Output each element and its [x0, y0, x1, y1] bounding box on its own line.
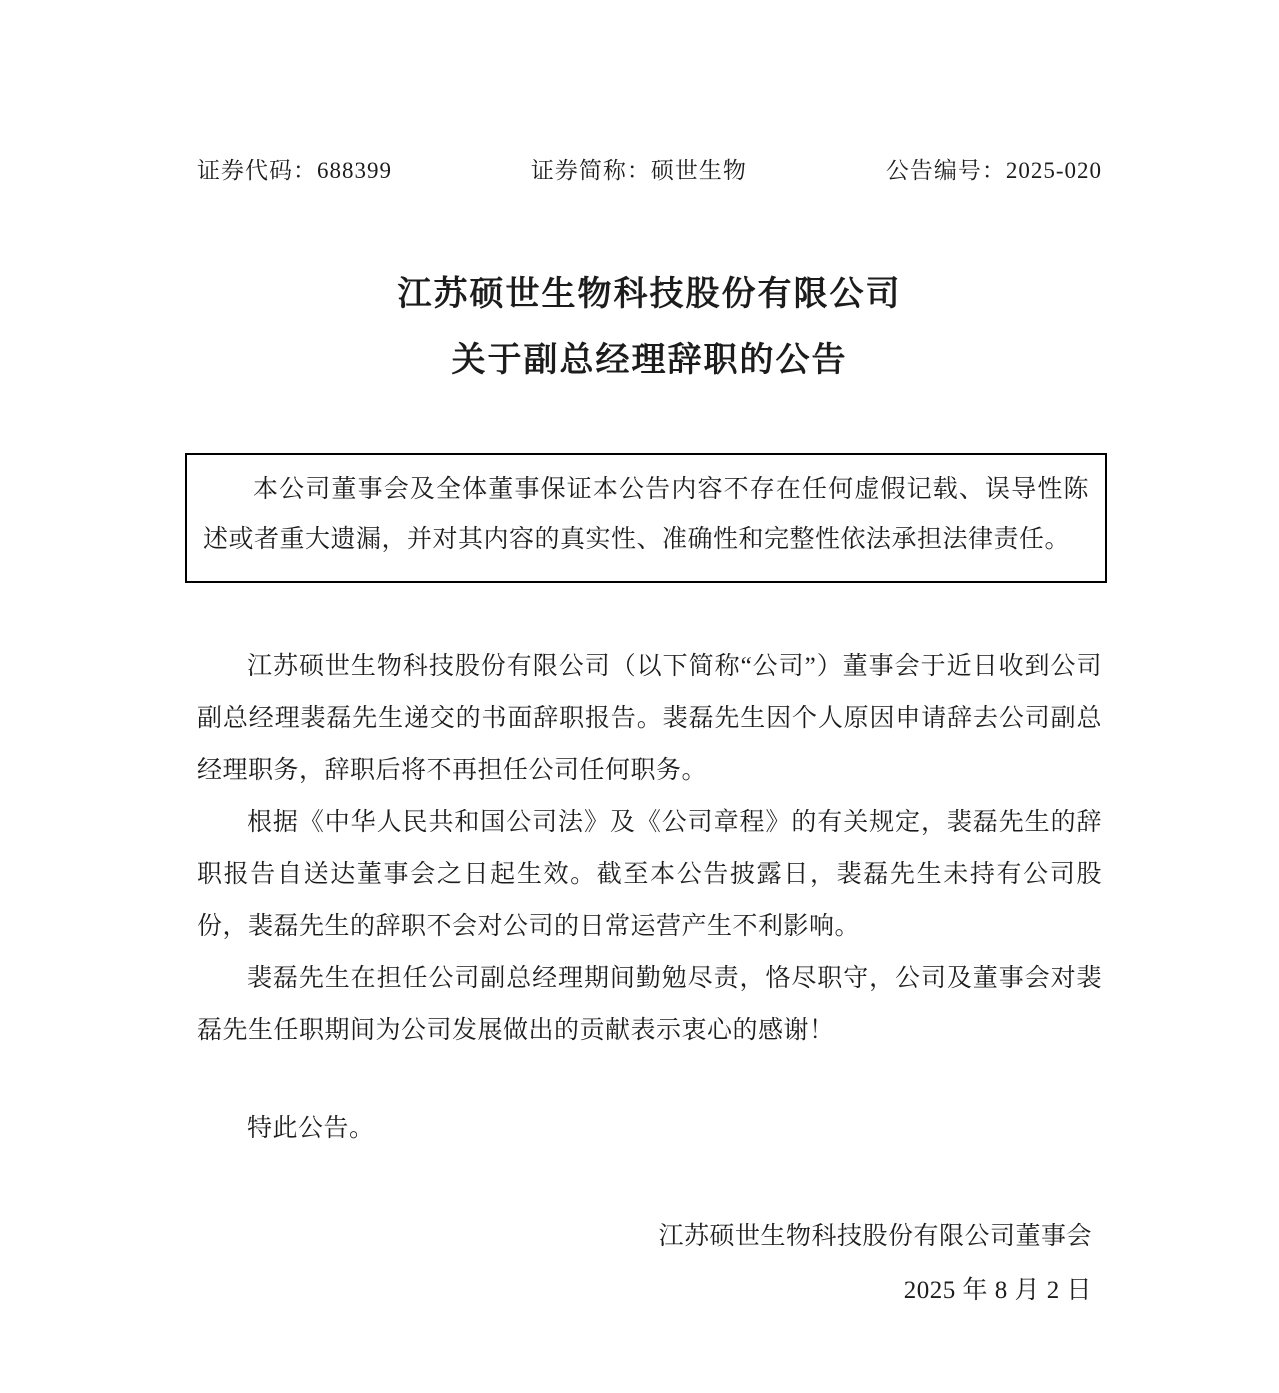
closing-statement: 特此公告。 [197, 1103, 1102, 1155]
stock-code-label: 证券代码：688399 [197, 152, 392, 185]
signature-block: 江苏硕世生物科技股份有限公司董事会 2025 年 8 月 2 日 [197, 1211, 1102, 1317]
paragraph-gratitude: 裴磊先生在担任公司副总经理期间勤勉尽责，恪尽职守，公司及董事会对裴磊先生任职期间… [197, 953, 1102, 1057]
stock-name-label: 证券简称：硕世生物 [531, 152, 747, 185]
document-content: 证券代码：688399 证券简称：硕世生物 公告编号：2025-020 江苏硕世… [197, 0, 1102, 1317]
paragraph-legal-effect: 根据《中华人民共和国公司法》及《公司章程》的有关规定，裴磊先生的辞职报告自送达董… [197, 797, 1102, 953]
company-name-title: 江苏硕世生物科技股份有限公司 [197, 277, 1102, 311]
body-text: 江苏硕世生物科技股份有限公司（以下简称“公司”）董事会于近日收到公司副总经理裴磊… [197, 641, 1102, 1057]
announcement-number-label: 公告编号：2025-020 [886, 152, 1102, 185]
announcement-page: 证券代码：688399 证券简称：硕世生物 公告编号：2025-020 江苏硕世… [0, 0, 1279, 1393]
disclaimer-text: 本公司董事会及全体董事保证本公告内容不存在任何虚假记载、误导性陈述或者重大遗漏，… [203, 465, 1089, 565]
announcement-subject-title: 关于副总经理辞职的公告 [197, 343, 1102, 377]
signature-date: 2025 年 8 月 2 日 [197, 1265, 1092, 1317]
paragraph-resignation-received: 江苏硕世生物科技股份有限公司（以下简称“公司”）董事会于近日收到公司副总经理裴磊… [197, 641, 1102, 797]
document-header-row: 证券代码：688399 证券简称：硕世生物 公告编号：2025-020 [197, 152, 1102, 185]
disclaimer-box: 本公司董事会及全体董事保证本公告内容不存在任何虚假记载、误导性陈述或者重大遗漏，… [185, 453, 1107, 583]
signer-name: 江苏硕世生物科技股份有限公司董事会 [197, 1211, 1092, 1263]
title-block: 江苏硕世生物科技股份有限公司 关于副总经理辞职的公告 [197, 277, 1102, 377]
